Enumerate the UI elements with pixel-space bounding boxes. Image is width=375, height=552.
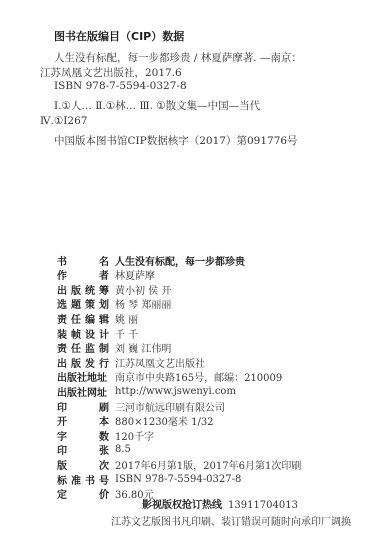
colophon-value: 江苏凤凰文艺出版社 <box>115 355 205 370</box>
colophon-label-char: 发 <box>85 355 95 370</box>
colophon-label-char: 策 <box>85 296 95 311</box>
colophon-value: 姚 丽 <box>115 311 138 326</box>
colophon-value: http://www.jswenyi.com <box>115 386 236 397</box>
colophon-value: 刘 巍 江伟明 <box>115 340 171 355</box>
colophon-label: 定价 <box>57 486 109 501</box>
colophon-row: 选题策划杨 琴 郑丽丽 <box>57 297 171 311</box>
colophon-row: 印张8.5 <box>57 443 131 457</box>
colophon-value: 880×1230毫米 1/32 <box>115 413 214 428</box>
colophon-label-char: 出 <box>57 355 67 370</box>
colophon-row: 印刷三河市航远印刷有限公司 <box>57 399 225 413</box>
colophon-label-char: 责 <box>57 311 67 326</box>
colophon-label: 书名 <box>57 253 109 268</box>
colophon-row: 出版发行江苏凤凰文艺出版社 <box>57 355 205 369</box>
colophon-row: 开本880×1230毫米 1/32 <box>57 414 214 428</box>
colophon-label-char: 题 <box>71 296 81 311</box>
colophon-label-char: 作 <box>57 267 67 282</box>
colophon-label-char: 任 <box>71 311 81 326</box>
colophon-row: 定价36.80元 <box>57 487 154 501</box>
colophon-label-char: 帧 <box>71 326 81 341</box>
colophon-label-char: 准 <box>71 472 81 487</box>
colophon-label-char: 数 <box>99 428 109 443</box>
colophon-label: 标准书号 <box>57 472 109 487</box>
cip-title: 图书在版编目（CIP）数据 <box>54 31 184 42</box>
colophon-label-char: 者 <box>99 267 109 282</box>
colophon-label-char: 印 <box>57 442 67 457</box>
cip-line-title-author: 人生没有标配，每一步都珍贵 / 林夏萨摩著. —南京： <box>54 53 302 64</box>
colophon-value: 120千字 <box>115 428 154 443</box>
colophon-label-char: 设 <box>85 326 95 341</box>
cip-line-classification: Ⅳ.①I267 <box>40 116 87 127</box>
colophon-label-char: 出 <box>57 282 67 297</box>
colophon-label-char: 开 <box>57 413 67 428</box>
colophon-value: 南京市中央路165号，邮编：210009 <box>115 369 282 384</box>
colophon-label: 责任监制 <box>57 340 109 355</box>
colophon-label-char: 版 <box>57 457 67 472</box>
footer-note: 江苏文艺版图书凡印刷、装订错误可随时向承印厂调换 <box>111 518 351 528</box>
colophon-label-char: 号 <box>99 472 109 487</box>
hotline-label: 影视版权抢订热线 <box>142 501 222 511</box>
colophon-label: 开本 <box>57 413 109 428</box>
colophon-label-char: 选 <box>57 296 67 311</box>
colophon-label-char: 辑 <box>99 311 109 326</box>
colophon-row: 装帧设计千 千 <box>57 326 138 340</box>
colophon-label-char: 名 <box>99 253 109 268</box>
colophon-row: 出版社网址http://www.jswenyi.com <box>57 384 236 398</box>
colophon-row: 出版社地址南京市中央路165号，邮编：210009 <box>57 370 282 384</box>
colophon-label-char: 价 <box>99 486 109 501</box>
colophon-label-char: 责 <box>57 340 67 355</box>
colophon-label-char: 字 <box>57 428 67 443</box>
colophon-label-char: 统 <box>85 282 95 297</box>
colophon-label: 版次 <box>57 457 109 472</box>
colophon-value: 人生没有标配，每一步都珍贵 <box>115 253 245 268</box>
colophon-label-char: 划 <box>99 296 109 311</box>
colophon-row: 责任编辑姚 丽 <box>57 311 138 325</box>
colophon-label: 责任编辑 <box>57 311 109 326</box>
colophon-value: 三河市航远印刷有限公司 <box>115 399 225 414</box>
colophon-label: 字数 <box>57 428 109 443</box>
colophon-label: 作者 <box>57 267 109 282</box>
colophon-label-char: 张 <box>99 442 109 457</box>
colophon-value: 杨 琴 郑丽丽 <box>115 296 171 311</box>
colophon-row: 责任监制刘 巍 江伟明 <box>57 341 171 355</box>
colophon-label: 出版社网址 <box>57 384 109 399</box>
colophon-label-char: 出版社地址 <box>57 369 107 384</box>
colophon-label-char: 筹 <box>99 282 109 297</box>
colophon-value: 2017年6月第1版，2017年6月第1次印刷 <box>115 457 301 472</box>
colophon-row: 字数120千字 <box>57 428 154 442</box>
colophon-label-char: 任 <box>71 340 81 355</box>
colophon-label-char: 监 <box>85 340 95 355</box>
cip-line-record-number: 中国版本图书馆CIP数据核字（2017）第091776号 <box>54 136 298 147</box>
colophon-label-char: 定 <box>57 486 67 501</box>
colophon-label-char: 装 <box>57 326 67 341</box>
colophon-label: 出版发行 <box>57 355 109 370</box>
colophon-label-char: 书 <box>57 253 67 268</box>
colophon-value: 黄小初 侯 开 <box>115 282 171 297</box>
colophon-label: 选题策划 <box>57 296 109 311</box>
colophon-label-char: 版 <box>71 282 81 297</box>
colophon-label: 印张 <box>57 442 109 457</box>
colophon-label-char: 制 <box>99 340 109 355</box>
colophon-label-char: 刷 <box>99 399 109 414</box>
colophon-row: 出版统筹黄小初 侯 开 <box>57 282 171 296</box>
colophon-label-char: 次 <box>99 457 109 472</box>
hotline-number: 13911704013 <box>228 501 298 511</box>
cip-line-subjects: Ⅰ.①人… Ⅱ.①林… Ⅲ. ①散文集—中国—当代 <box>54 101 260 112</box>
colophon-label-char: 本 <box>99 413 109 428</box>
colophon-label: 装帧设计 <box>57 326 109 341</box>
colophon-row: 作者林夏萨摩 <box>57 268 155 282</box>
colophon-label: 印刷 <box>57 399 109 414</box>
colophon-value: 8.5 <box>115 444 131 455</box>
colophon-value: 36.80元 <box>115 486 154 501</box>
colophon-row: 版次2017年6月第1版，2017年6月第1次印刷 <box>57 457 301 471</box>
colophon-label-char: 版 <box>71 355 81 370</box>
colophon-row: 书名人生没有标配，每一步都珍贵 <box>57 253 245 267</box>
colophon-label-char: 标 <box>57 472 67 487</box>
colophon-label-char: 出版社网址 <box>57 384 107 399</box>
colophon-label-char: 计 <box>99 326 109 341</box>
cip-line-isbn: ISBN 978-7-5594-0327-8 <box>54 81 187 92</box>
cip-line-publisher: 江苏凤凰文艺出版社，2017.6 <box>40 68 182 79</box>
colophon-value: ISBN 978-7-5594-0327-8 <box>115 474 241 485</box>
colophon-value: 林夏萨摩 <box>115 267 155 282</box>
colophon-label-char: 印 <box>57 399 67 414</box>
colophon-label-char: 行 <box>99 355 109 370</box>
colophon-row: 标准书号ISBN 978-7-5594-0327-8 <box>57 472 241 486</box>
colophon-label-char: 编 <box>85 311 95 326</box>
colophon-label: 出版统筹 <box>57 282 109 297</box>
colophon-value: 千 千 <box>115 326 138 341</box>
colophon-label-char: 书 <box>85 472 95 487</box>
colophon-label: 出版社地址 <box>57 369 109 384</box>
